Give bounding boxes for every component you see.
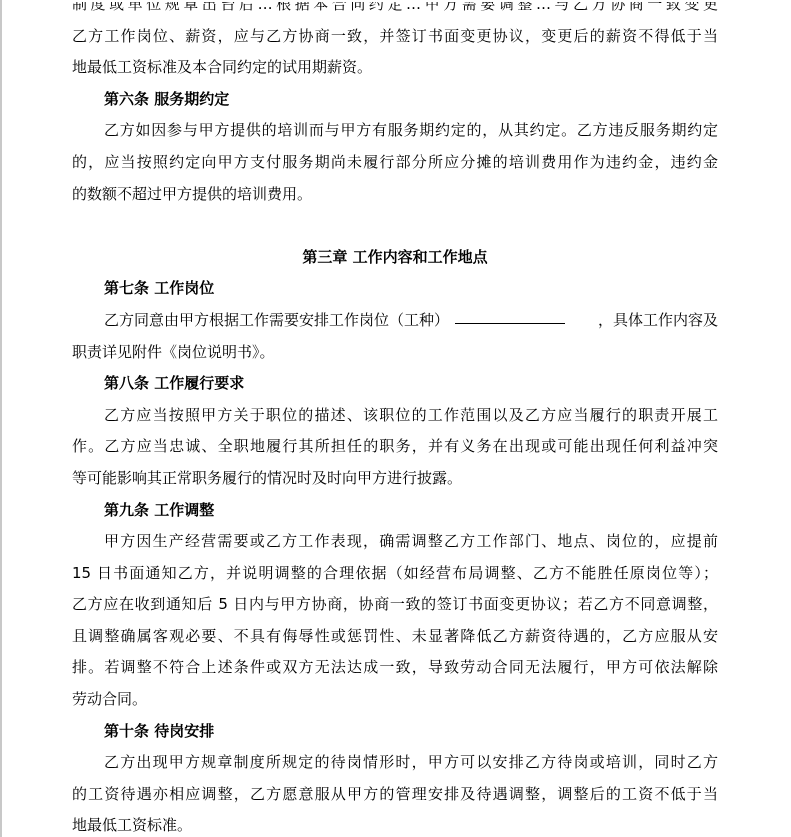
paragraph-line: 作。乙方应当忠诚、全职地履行其所担任的职务，并有义务在出现或可能出现任何利益冲突 [72,431,718,463]
paragraph-line: 的，应当按照约定向甲方支付服务期尚未履行部分所应分摊的培训费用作为违约金，违约金 [72,147,718,179]
paragraph-line: 乙方出现甲方规章制度所规定的待岗情形时，甲方可以安排乙方待岗或培训，同时乙方 [72,747,718,779]
job-position-blank-field[interactable] [455,305,565,324]
paragraph-line: 职责详见附件《岗位说明书》。 [72,337,718,369]
paragraph-line: 劳动合同。 [72,684,718,716]
paragraph-line-cut: 制度或单位规章出台后…根据本合同约定…甲方需要调整…与乙方协商一致变更 [72,0,718,21]
paragraph-line: 地最低工资标准。 [72,810,718,837]
paragraph-line: 等可能影响其正常职务履行的情况时及时向甲方进行披露。 [72,463,718,495]
paragraph-line: 乙方应当按照甲方关于职位的描述、该职位的工作范围以及乙方应当履行的职责开展工 [72,400,718,432]
paragraph-line: 的数额不超过甲方提供的培训费用。 [72,179,718,211]
article-10-heading: 第十条 待岗安排 [72,716,718,748]
article-9-heading: 第九条 工作调整 [72,495,718,527]
paragraph-text: ，具体工作内容及 [598,305,718,337]
paragraph-line: 排。若调整不符合上述条件或双方无法达成一致，导致劳动合同无法履行，甲方可依法解除 [72,652,718,684]
paragraph-text: 乙方同意由甲方根据工作需要安排工作岗位（工种） [104,305,449,337]
paragraph-line: 的工资待遇亦相应调整，乙方愿意服从甲方的管理安排及待遇调整，调整后的工资不低于当 [72,779,718,811]
paragraph-line: 乙方如因参与甲方提供的培训而与甲方有服务期约定的，从其约定。乙方违反服务期约定 [72,115,718,147]
page-left-border [0,0,2,837]
article-8-heading: 第八条 工作履行要求 [72,368,718,400]
paragraph-line: 地最低工资标准及本合同约定的试用期薪资。 [72,52,718,84]
paragraph-line: 乙方工作岗位、薪资，应与乙方协商一致，并签订书面变更协议，变更后的薪资不得低于当 [72,21,718,53]
paragraph-line: 甲方因生产经营需要或乙方工作表现，确需调整乙方工作部门、地点、岗位的，应提前 [72,526,718,558]
paragraph-line: 15 日书面通知乙方，并说明调整的合理依据（如经营布局调整、乙方不能胜任原岗位等… [72,558,718,590]
chapter-3-heading: 第三章 工作内容和工作地点 [72,242,718,274]
document-page: 制度或单位规章出台后…根据本合同约定…甲方需要调整…与乙方协商一致变更 乙方工作… [72,0,718,837]
paragraph-line: 且调整确属客观必要、不具有侮辱性或惩罚性、未显著降低乙方薪资待遇的，乙方应服从安 [72,621,718,653]
paragraph-line: 乙方应在收到通知后 5 日内与甲方协商，协商一致的签订书面变更协议；若乙方不同意… [72,589,718,621]
article-6-heading: 第六条 服务期约定 [72,84,718,116]
article-7-heading: 第七条 工作岗位 [72,273,718,305]
blank-line [72,210,718,242]
paragraph-line-with-blank: 乙方同意由甲方根据工作需要安排工作岗位（工种） ，具体工作内容及 [72,305,718,337]
